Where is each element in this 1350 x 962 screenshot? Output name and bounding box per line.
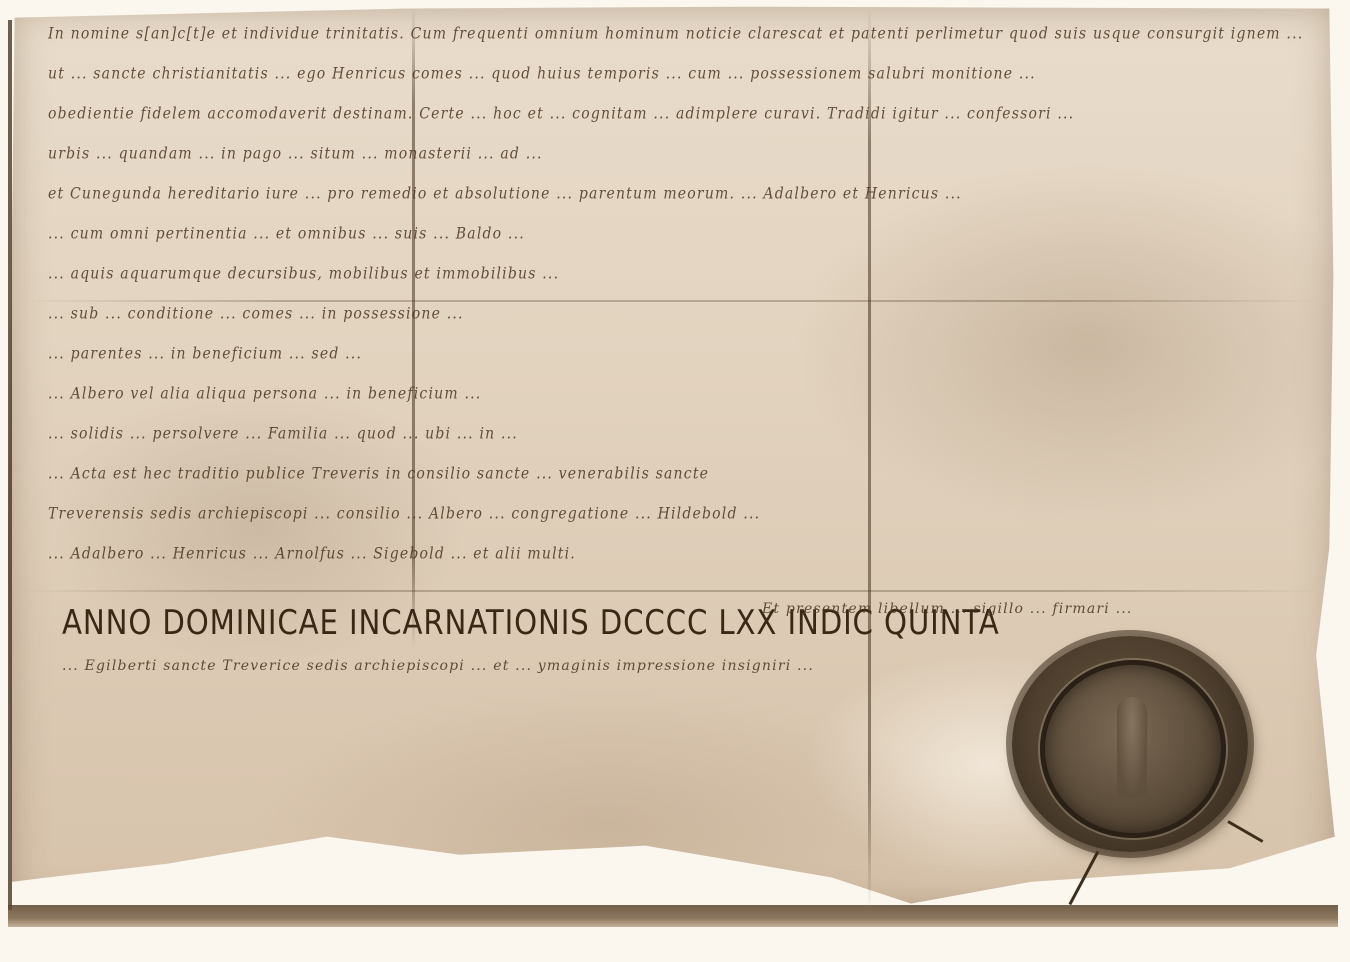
seal-impression — [1040, 660, 1226, 838]
fold-line-horizontal — [20, 590, 1320, 592]
dating-continuation: Et presentem libellum ... sigillo ... fi… — [762, 601, 1133, 617]
charter-text-block: In nomine s[an]c[t]e et individue trinit… — [48, 14, 1308, 574]
final-text-line: ... Egilberti sancte Treverice sedis arc… — [62, 658, 814, 674]
text-line: ... Adalbero ... Henricus ... Arnolfus .… — [48, 531, 1308, 577]
parchment-left-edge — [8, 20, 12, 910]
parchment-bottom-edge — [8, 905, 1338, 927]
seal-figure-icon — [1117, 697, 1147, 797]
document-photograph: In nomine s[an]c[t]e et individue trinit… — [0, 0, 1350, 962]
wax-seal — [1012, 636, 1248, 852]
